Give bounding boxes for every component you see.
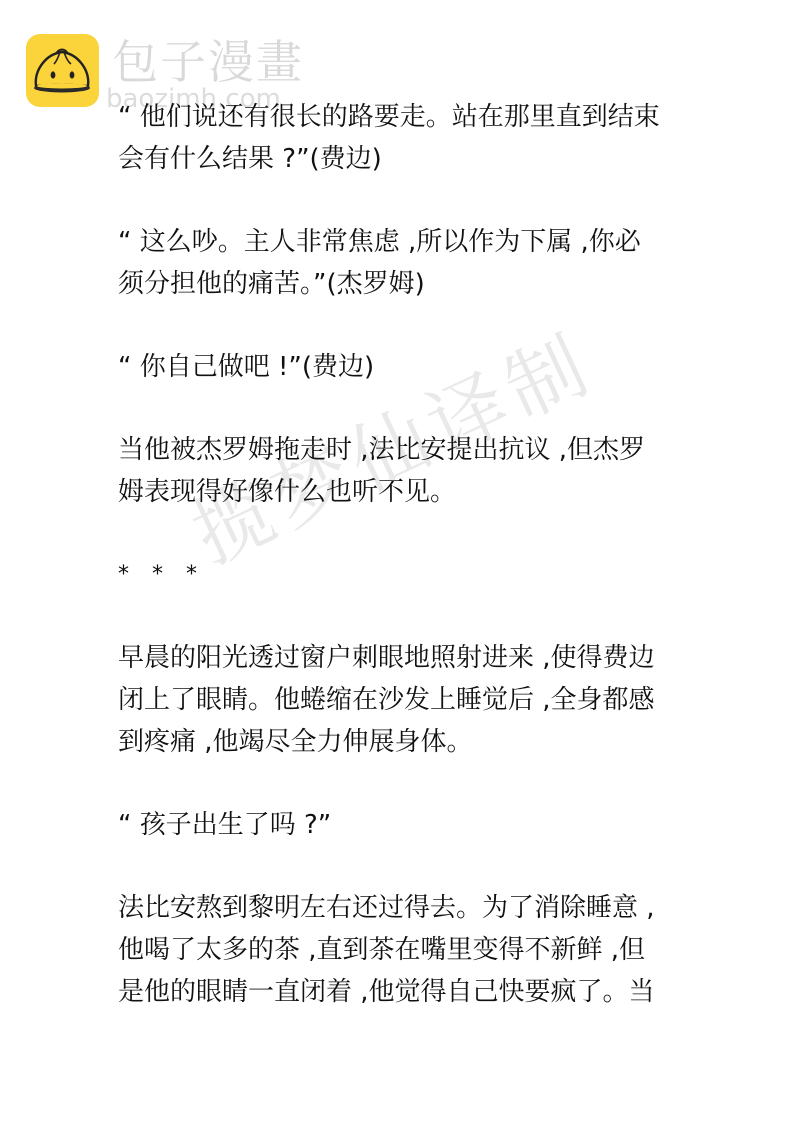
paragraph: “ 你自己做吧 !”(费边) [118, 346, 678, 388]
paragraph: “ 这么吵。主人非常焦虑 ,所以作为下属 ,你必须分担他的痛苦。”(杰罗姆) [118, 221, 678, 305]
document-body: “ 他们说还有很长的路要走。站在那里直到结束会有什么结果 ?”(费边) “ 这么… [118, 96, 678, 1054]
paragraph: 当他被杰罗姆拖走时 ,法比安提出抗议 ,但杰罗姆表现得好像什么也听不见。 [118, 429, 678, 513]
steamed-bun-icon [26, 34, 99, 107]
paragraph: “ 他们说还有很长的路要走。站在那里直到结束会有什么结果 ?”(费边) [118, 96, 678, 180]
scene-separator: * * * [118, 554, 678, 596]
paragraph: 早晨的阳光透过窗户刺眼地照射进来 ,使得费边闭上了眼睛。他蜷缩在沙发上睡觉后 ,… [118, 637, 678, 763]
brand-name: 包子漫畫 [112, 34, 304, 90]
paragraph: “ 孩子出生了吗 ?” [118, 804, 678, 846]
paragraph: 法比安熬到黎明左右还过得去。为了消除睡意 ,他喝了太多的茶 ,直到茶在嘴里变得不… [118, 887, 678, 1013]
